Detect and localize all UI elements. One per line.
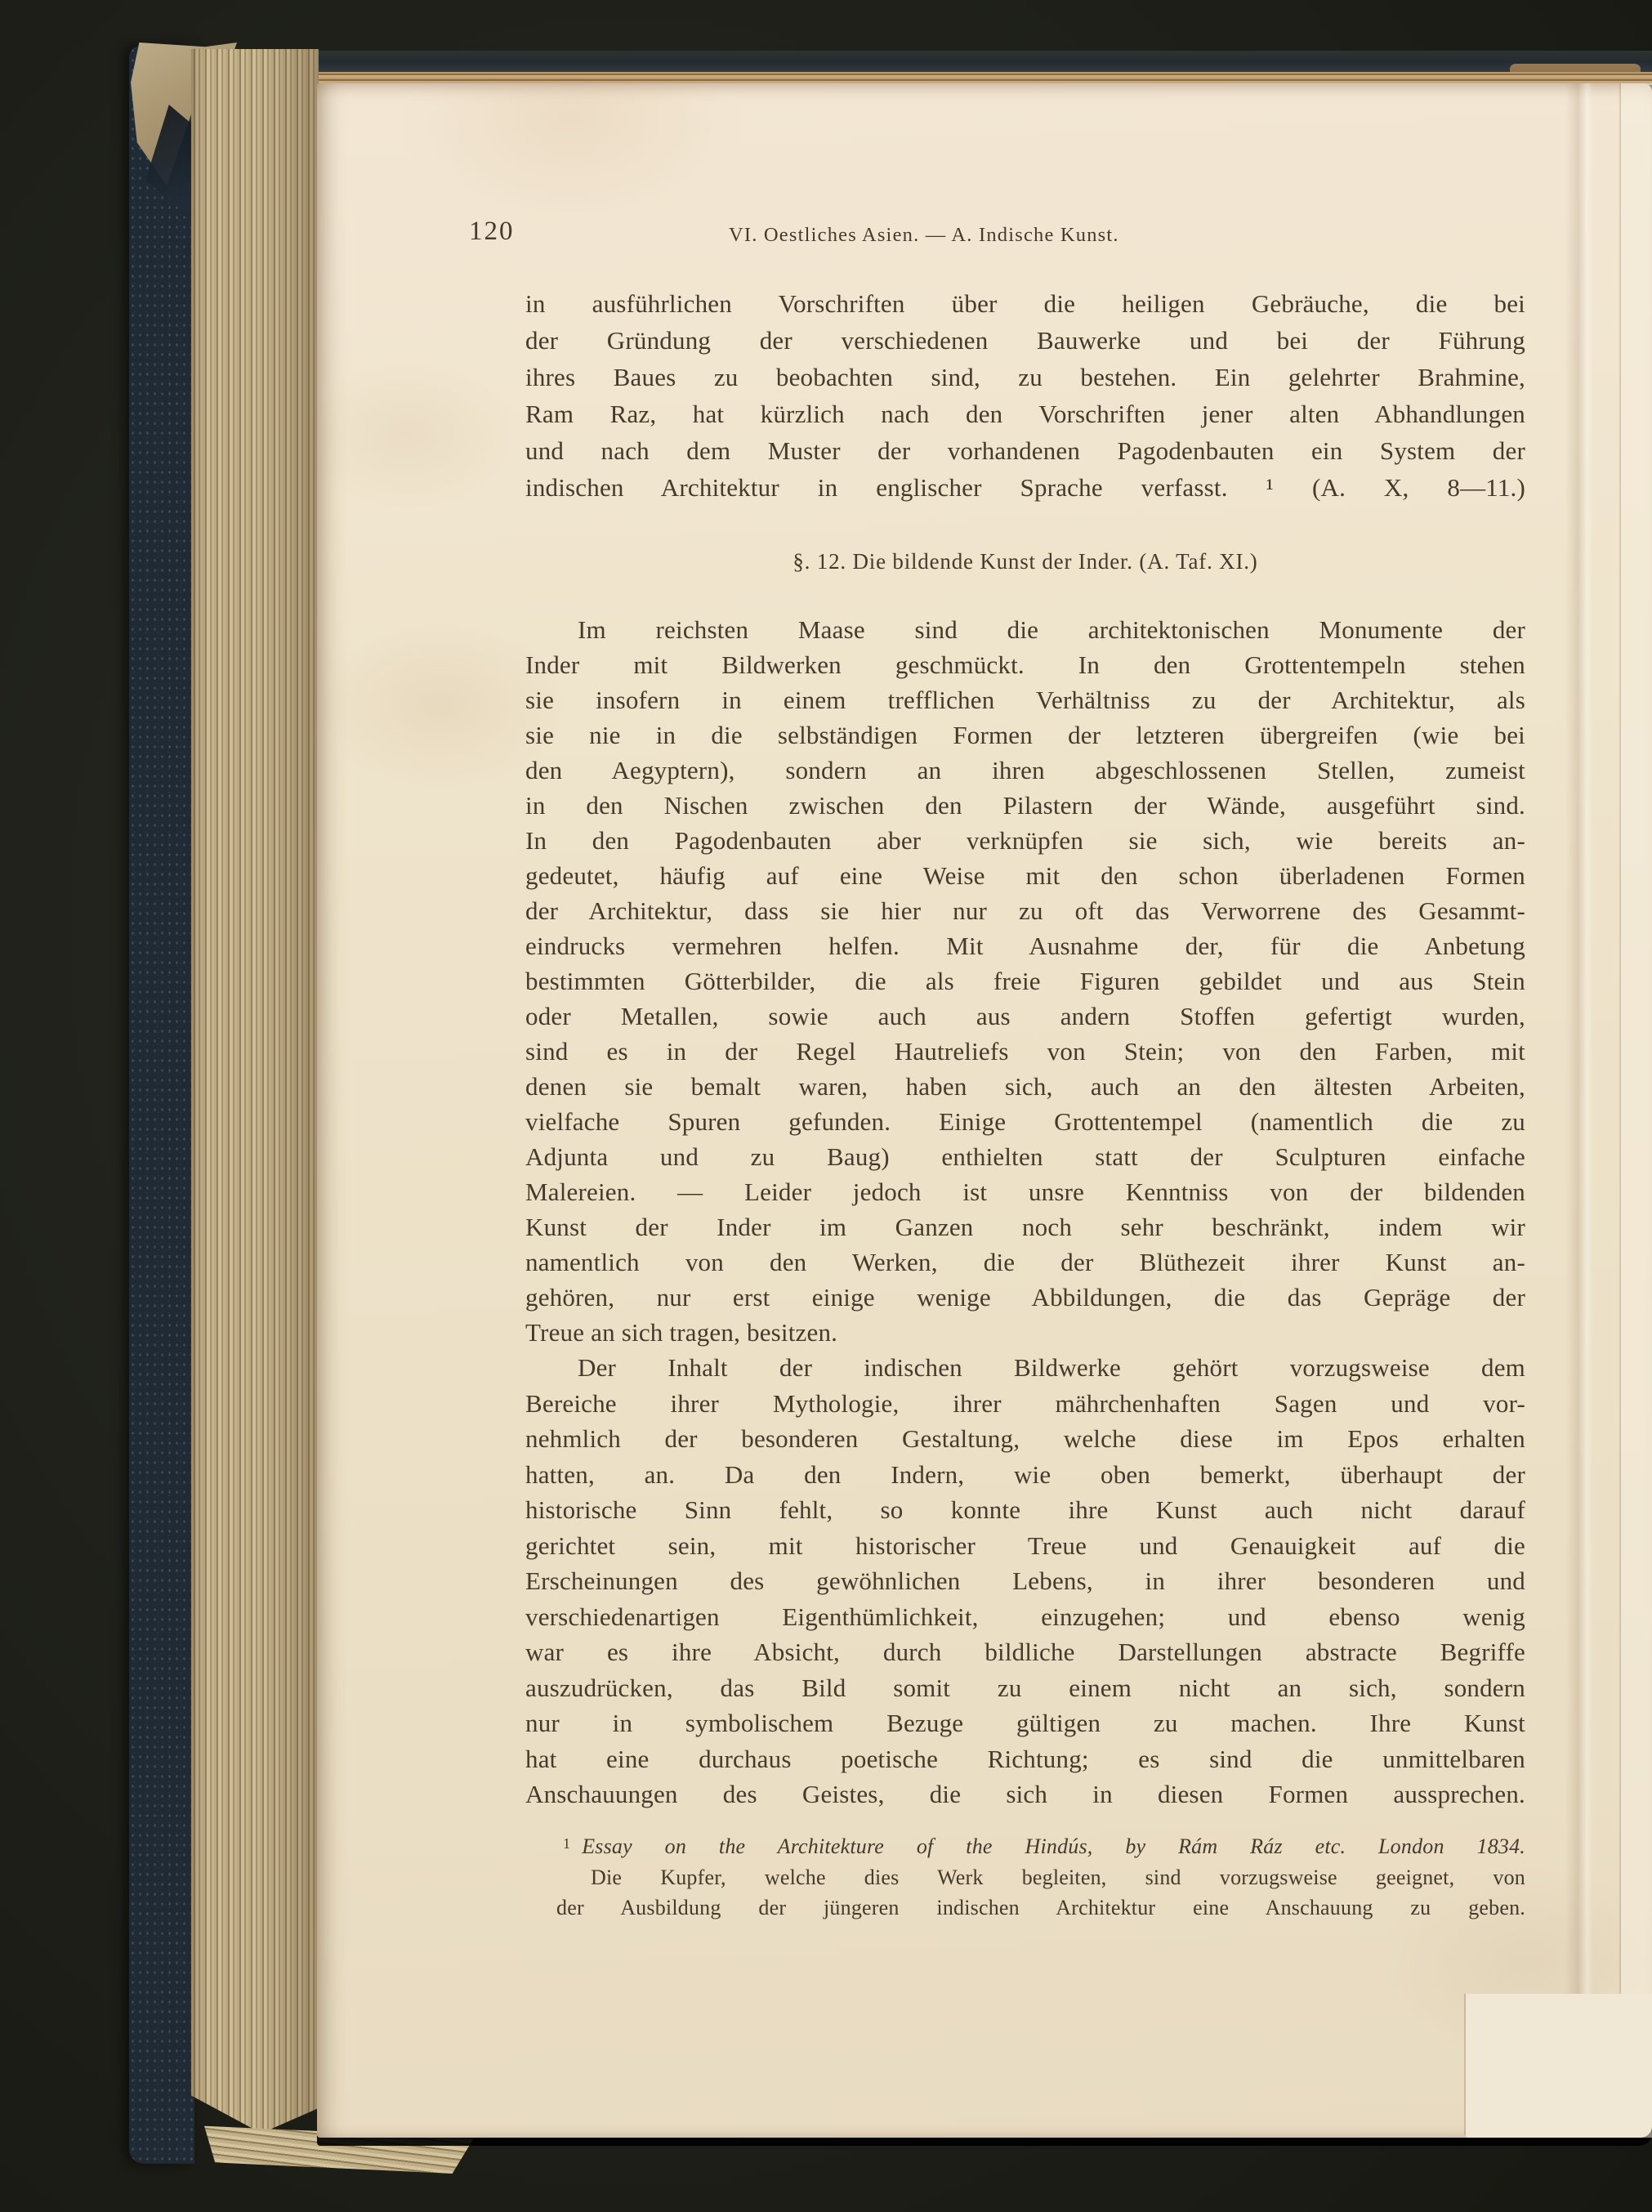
text-line: Ram Raz, hat kürzlich nach den Vorschrif… — [525, 395, 1525, 432]
text-line: historische Sinn fehlt, so konnte ihre K… — [525, 1492, 1525, 1528]
text-line: bestimmten Götterbilder, die als freie F… — [525, 963, 1525, 999]
footnote-reference-text: Essay on the Architekture of the Hindús,… — [582, 1834, 1525, 1858]
body-paragraph-2: Im reichsten Maase sind die architektoni… — [525, 612, 1525, 1350]
text-line: und nach dem Muster der vorhandenen Pago… — [525, 432, 1525, 469]
text-line: In den Pagodenbauten aber verknüpfen sie… — [525, 823, 1525, 858]
section-heading: §. 12. Die bildende Kunst der Inder. (A.… — [525, 549, 1525, 574]
text-line: sie nie in die selbständigen Formen der … — [525, 717, 1525, 753]
text-line: auszudrücken, das Bild somit zu einem ni… — [525, 1670, 1525, 1706]
text-line: vielfache Spuren gefunden. Einige Grotte… — [525, 1104, 1525, 1139]
running-header: VI. Oestliches Asien. — A. Indische Kuns… — [729, 224, 1119, 247]
text-line: war es ihre Absicht, durch bildliche Dar… — [525, 1634, 1525, 1670]
text-line: gerichtet sein, mit historischer Treue u… — [525, 1528, 1525, 1564]
page-edge-stack — [191, 49, 319, 2146]
text-line: Der Inhalt der indischen Bildwerke gehör… — [525, 1350, 1525, 1386]
footnote: 1Essay on the Architekture of the Hindús… — [525, 1829, 1525, 1924]
footnote-line: 1Essay on the Architekture of the Hindús… — [525, 1829, 1525, 1862]
page-number: 120 — [469, 217, 515, 247]
text-line: Malereien. — Leider jedoch ist unsre Ken… — [525, 1174, 1525, 1209]
text-line: der Architektur, dass sie hier nur zu of… — [525, 893, 1525, 928]
text-line: nehmlich der besonderen Gestaltung, welc… — [525, 1421, 1525, 1457]
underlying-page-corner — [1464, 1994, 1652, 2138]
text-line: den Aegyptern), sondern an ihren abgesch… — [525, 753, 1525, 788]
footnote-line: Die Kupfer, welche dies Werk begleiten, … — [525, 1862, 1525, 1893]
text-line: Adjunta und zu Baug) enthielten statt de… — [525, 1139, 1525, 1174]
footnote-line: der Ausbildung der jüngeren indischen Ar… — [525, 1892, 1525, 1924]
footnote-marker: 1 — [563, 1835, 570, 1852]
book-cover-top-edge — [193, 51, 1652, 72]
text-line: Bereiche ihrer Mythologie, ihrer mährche… — [525, 1386, 1525, 1422]
text-line: Erscheinungen des gewöhnlichen Lebens, i… — [525, 1563, 1525, 1599]
text-line: Anschauungen des Geistes, die sich in di… — [525, 1776, 1525, 1812]
text-line: Treue an sich tragen, besitzen. — [525, 1315, 1525, 1350]
book-cover-spine — [129, 46, 194, 2164]
text-line: hat eine durchaus poetische Richtung; es… — [525, 1741, 1525, 1777]
text-line: indischen Architektur in englischer Spra… — [525, 469, 1525, 506]
text-line: Kunst der Inder im Ganzen noch sehr besc… — [525, 1209, 1525, 1245]
text-line: sie insofern in einem trefflichen Verhäl… — [525, 682, 1525, 717]
text-line: ihres Baues zu beobachten sind, zu beste… — [525, 359, 1525, 395]
text-line: Inder mit Bildwerken geschmückt. In den … — [525, 647, 1525, 682]
text-line: denen sie bemalt waren, haben sich, auch… — [525, 1069, 1525, 1104]
book-photo-backdrop: 120 VI. Oestliches Asien. — A. Indische … — [0, 0, 1652, 2212]
text-line: eindrucks vermehren helfen. Mit Ausnahme… — [525, 928, 1525, 963]
page-crease — [1565, 83, 1593, 2138]
book-page: 120 VI. Oestliches Asien. — A. Indische … — [317, 83, 1652, 2138]
text-line: der Gründung der verschiedenen Bauwerke … — [525, 322, 1525, 359]
text-line: sind es in der Regel Hautreliefs von Ste… — [525, 1034, 1525, 1069]
text-line: gedeutet, häufig auf eine Weise mit den … — [525, 858, 1525, 893]
text-line: nur in symbolischem Bezuge gültigen zu m… — [525, 1705, 1525, 1741]
underlying-page-edge — [1619, 83, 1652, 2138]
text-line: verschiedenartigen Eigenthümlichkeit, ei… — [525, 1599, 1525, 1635]
text-line: oder Metallen, sowie auch aus andern Sto… — [525, 999, 1525, 1034]
body-paragraph-3: Der Inhalt der indischen Bildwerke gehör… — [525, 1350, 1525, 1812]
text-line: hatten, an. Da den Indern, wie oben beme… — [525, 1457, 1525, 1493]
text-line: in den Nischen zwischen den Pilastern de… — [525, 788, 1525, 823]
body-paragraph-1: in ausführlichen Vorschriften über die h… — [525, 285, 1525, 506]
text-line: namentlich von den Werken, die der Blüth… — [525, 1245, 1525, 1280]
text-line: gehören, nur erst einige wenige Abbildun… — [525, 1280, 1525, 1315]
text-line: in ausführlichen Vorschriften über die h… — [525, 285, 1525, 322]
text-line: Im reichsten Maase sind die architektoni… — [525, 612, 1525, 647]
